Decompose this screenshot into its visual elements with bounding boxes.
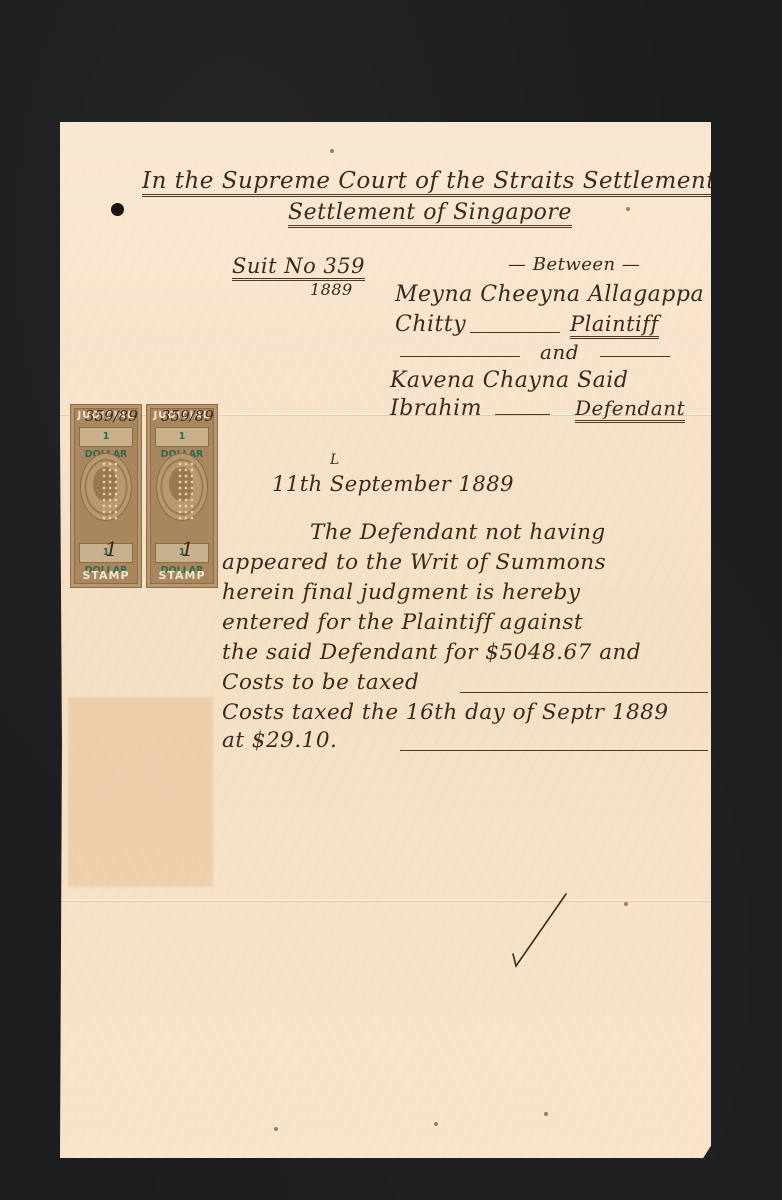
foxing-spot (624, 902, 628, 906)
judicial-stamps: JUDICIAL 1 DOLLAR 1 DOLLAR STAMP 359/89 … (70, 404, 218, 588)
foxing-spot (626, 207, 630, 211)
judicial-stamp: JUDICIAL 1 DOLLAR 1 DOLLAR STAMP 359/89 … (70, 404, 142, 588)
stamp-cancellation: 1 (105, 537, 118, 561)
foxing-spot (274, 1127, 278, 1131)
judgment-date: 11th September 1889 (272, 472, 514, 496)
stamp-footer: STAMP (151, 568, 213, 584)
perforation (101, 461, 117, 521)
removed-stamp-stain (68, 697, 213, 887)
rule (400, 750, 708, 751)
rule (460, 692, 708, 693)
defendant-name: Kavena Chayna Said (390, 368, 628, 393)
suit-number: Suit No 359 (232, 254, 365, 281)
judicial-stamp: JUDICIAL 1 DOLLAR 1 DOLLAR STAMP 359/89 … (146, 404, 218, 588)
plaintiff-role: Plaintiff (570, 312, 659, 339)
rule (400, 356, 520, 357)
rule (470, 332, 560, 333)
plaintiff-name: Meyna Cheeyna Allagappa (395, 282, 704, 307)
rule (600, 356, 670, 357)
and-label: and (540, 340, 579, 364)
stamp-cancellation: 1 (181, 537, 194, 561)
stamp-cancellation: 359/89 (85, 407, 138, 425)
body-line: entered for the Plaintiff against (222, 610, 583, 635)
fold-line (60, 900, 711, 901)
court-heading: In the Supreme Court of the Straits Sett… (142, 168, 728, 197)
foxing-spot (330, 149, 334, 153)
foxing-spot (434, 1122, 438, 1126)
check-mark-icon (508, 892, 568, 972)
stamp-value: 1 DOLLAR (79, 427, 133, 447)
body-line: herein final judgment is hereby (222, 580, 581, 605)
punch-hole (111, 203, 124, 216)
body-line: Costs to be taxed (222, 670, 419, 695)
perforation (177, 461, 193, 521)
body-line: appeared to the Writ of Summons (222, 550, 606, 575)
rule (495, 414, 550, 415)
body-line: The Defendant not having (310, 520, 606, 545)
between-label: — Between — (508, 254, 640, 275)
suit-year: 1889 (310, 280, 353, 299)
stamp-footer: STAMP (75, 568, 137, 584)
foxing-spot (544, 1112, 548, 1116)
body-line: at $29.10. (222, 728, 337, 753)
defendant-name-cont: Ibrahim (390, 396, 482, 421)
settlement-heading: Settlement of Singapore (288, 200, 572, 228)
body-line: the said Defendant for $5048.67 and (222, 640, 641, 665)
plaintiff-name-cont: Chitty (395, 312, 466, 337)
body-line: Costs taxed the 16th day of Septr 1889 (222, 700, 669, 725)
stamp-cancellation: 359/89 (161, 407, 214, 425)
stamp-value: 1 DOLLAR (155, 427, 209, 447)
defendant-role: Defendant (575, 396, 685, 423)
date-mark: L (330, 452, 340, 468)
document-sheet: In the Supreme Court of the Straits Sett… (60, 122, 711, 1158)
